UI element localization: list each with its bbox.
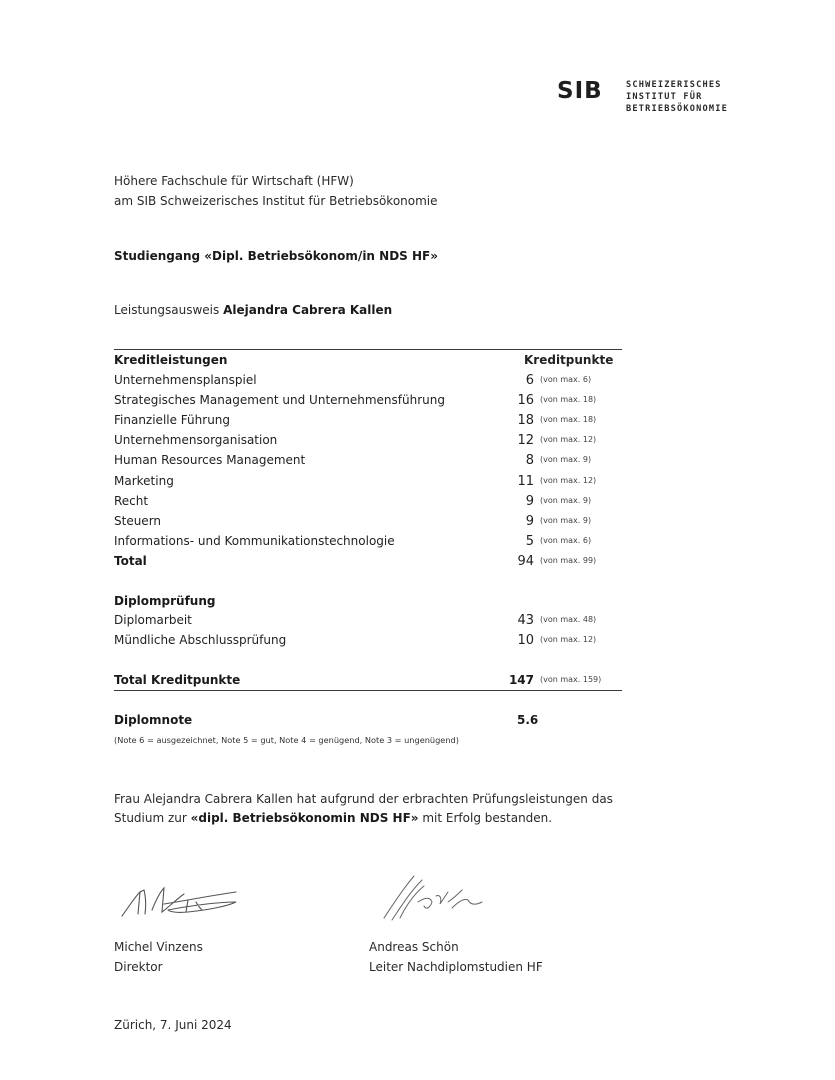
student-name: Alejandra Cabrera Kallen [223, 303, 392, 317]
row-points: 16 [517, 393, 534, 408]
row-label: Mündliche Abschlussprüfung [114, 633, 286, 647]
signatory-2-title: Leiter Nachdiplomstudien HF [369, 960, 543, 974]
total-max: (von max. 99) [540, 556, 596, 565]
row-label: Informations- und Kommunikationstechnolo… [114, 534, 395, 548]
row-points: 8 [526, 453, 534, 468]
grand-total-points: 147 [509, 673, 534, 687]
grade-label: Diplomnote [114, 713, 192, 727]
table-row: Marketing11(von max. 12) [114, 474, 624, 490]
row-max: (von max. 9) [540, 496, 591, 505]
grand-total-max: (von max. 159) [540, 675, 601, 684]
signatory-1-title: Direktor [114, 960, 163, 974]
grand-total-rule [114, 690, 622, 691]
header-points-label: Kreditpunkte [524, 353, 613, 367]
row-label: Diplomarbeit [114, 613, 192, 627]
place-date: Zürich, 7. Juni 2024 [114, 1018, 232, 1032]
logo-line: INSTITUT FÜR [626, 91, 728, 103]
statement-degree: «dipl. Betriebsökonomin NDS HF» [191, 811, 419, 825]
row-points: 9 [526, 494, 534, 509]
row-max: (von max. 18) [540, 395, 596, 404]
institution-line-2: am SIB Schweizerisches Institut für Betr… [114, 194, 438, 208]
table-row: Unternehmensorganisation12(von max. 12) [114, 433, 624, 449]
statement-pre: Studium zur [114, 811, 191, 825]
row-max: (von max. 6) [540, 375, 591, 384]
row-points: 43 [517, 613, 534, 628]
signature-andreas-schoen [378, 872, 498, 924]
row-label: Unternehmensplanspiel [114, 373, 257, 387]
row-points: 18 [517, 413, 534, 428]
row-max: (von max. 9) [540, 455, 591, 464]
logo-line: BETRIEBSÖKONOMIE [626, 103, 728, 115]
row-max: (von max. 12) [540, 635, 596, 644]
sib-logo-text: SCHWEIZERISCHES INSTITUT FÜR BETRIEBSÖKO… [626, 79, 728, 115]
row-points: 6 [526, 373, 534, 388]
statement-line-1: Frau Alejandra Cabrera Kallen hat aufgru… [114, 792, 613, 806]
row-max: (von max. 9) [540, 516, 591, 525]
credits-total-row: Total 94 (von max. 99) [114, 554, 624, 570]
row-max: (von max. 6) [540, 536, 591, 545]
row-points: 11 [517, 474, 534, 489]
row-label: Recht [114, 494, 148, 508]
row-max: (von max. 12) [540, 476, 596, 485]
total-label: Total [114, 554, 147, 568]
table-row: Diplomarbeit43(von max. 48) [114, 613, 624, 629]
signatory-1-name: Michel Vinzens [114, 940, 203, 954]
table-row: Informations- und Kommunikationstechnolo… [114, 534, 624, 550]
statement-line-2: Studium zur «dipl. Betriebsökonomin NDS … [114, 811, 552, 825]
transcript-prefix: Leistungsausweis [114, 303, 219, 317]
transcript-heading: Leistungsausweis Alejandra Cabrera Kalle… [114, 303, 392, 317]
row-points: 9 [526, 514, 534, 529]
institution-line-1: Höhere Fachschule für Wirtschaft (HFW) [114, 174, 354, 188]
table-row: Recht9(von max. 9) [114, 494, 624, 510]
row-label: Marketing [114, 474, 174, 488]
row-points: 5 [526, 534, 534, 549]
signatory-2-name: Andreas Schön [369, 940, 459, 954]
table-top-rule [114, 349, 622, 350]
logo-line: SCHWEIZERISCHES [626, 79, 728, 91]
program-title: Studiengang «Dipl. Betriebsökonom/in NDS… [114, 249, 438, 263]
grand-total-row: Total Kreditpunkte 147 (von max. 159) [114, 673, 624, 689]
row-label: Unternehmensorganisation [114, 433, 277, 447]
grade-value: 5.6 [517, 713, 538, 727]
row-points: 10 [517, 633, 534, 648]
total-points: 94 [517, 554, 534, 569]
grade-scale-note: (Note 6 = ausgezeichnet, Note 5 = gut, N… [114, 735, 459, 745]
table-row: Mündliche Abschlussprüfung10(von max. 12… [114, 633, 624, 649]
table-row: Finanzielle Führung18(von max. 18) [114, 413, 624, 429]
row-label: Finanzielle Führung [114, 413, 230, 427]
row-points: 12 [517, 433, 534, 448]
signature-michel-vinzens [118, 880, 248, 922]
grand-total-label: Total Kreditpunkte [114, 673, 240, 687]
table-row: Steuern9(von max. 9) [114, 514, 624, 530]
row-max: (von max. 18) [540, 415, 596, 424]
table-row: Unternehmensplanspiel6(von max. 6) [114, 373, 624, 389]
table-row: Strategisches Management und Unternehmen… [114, 393, 624, 409]
diploma-exam-heading: Diplomprüfung [114, 594, 215, 608]
header-credits-label: Kreditleistungen [114, 353, 227, 367]
row-max: (von max. 48) [540, 615, 596, 624]
row-max: (von max. 12) [540, 435, 596, 444]
row-label: Strategisches Management und Unternehmen… [114, 393, 445, 407]
sib-logo-mark: SIB [557, 78, 603, 104]
statement-post: mit Erfolg bestanden. [419, 811, 553, 825]
row-label: Human Resources Management [114, 453, 305, 467]
table-row: Human Resources Management8(von max. 9) [114, 453, 624, 469]
row-label: Steuern [114, 514, 161, 528]
